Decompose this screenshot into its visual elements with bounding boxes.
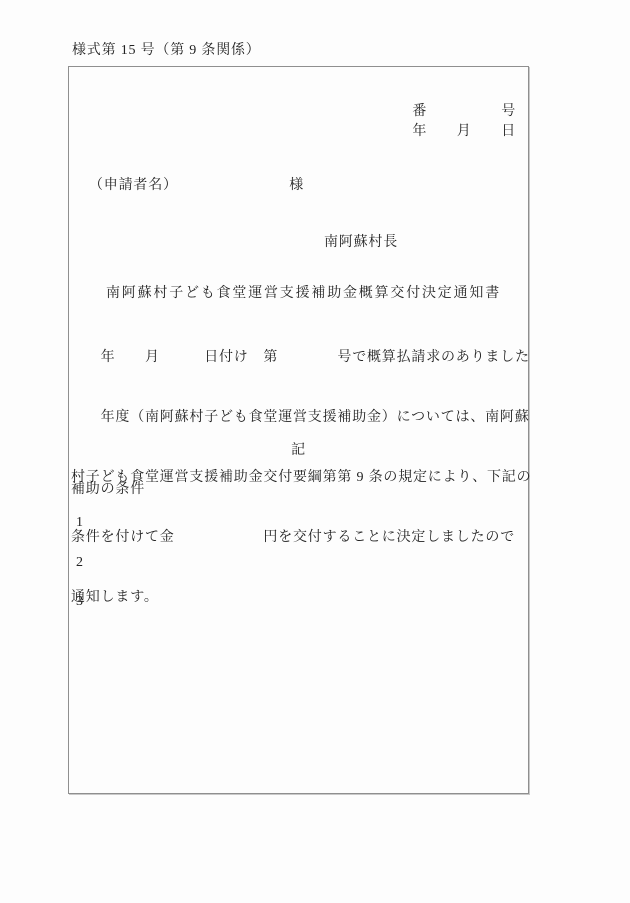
document-page: 様式第 15 号（第 9 条関係） 番 号 年 月 日 （申請者名） 様 南阿蘇… [0,0,630,903]
body-line-1: 年 月 日付け 第 号で概算払請求のありました [71,348,526,368]
document-number-line: 番 号 [412,105,516,119]
document-date-line: 年 月 日 [412,125,516,139]
ki-center-label: 記 [69,444,528,458]
document-title: 南阿蘇村子ども食堂運営支援補助金概算交付決定通知書 [106,287,501,301]
body-paragraph: 年 月 日付け 第 号で概算払請求のありました 年度（南阿蘇村子ども食堂運営支援… [71,308,526,648]
condition-item-2: 2 [76,556,84,570]
document-border-box: 番 号 年 月 日 （申請者名） 様 南阿蘇村長 南阿蘇村子ども食堂運営支援補助… [68,66,529,794]
body-line-4: 条件を付けて金 円を交付することに決定しましたので [71,528,526,548]
body-line-5: 通知します。 [71,588,526,608]
form-number-label: 様式第 15 号（第 9 条関係） [72,44,261,58]
condition-item-1: 1 [76,516,84,530]
addressee-line: （申請者名） 様 [89,179,304,193]
condition-item-3: 3 [76,595,84,609]
conditions-heading: 補助の条件 [71,483,145,497]
sender-name: 南阿蘇村長 [324,236,398,250]
body-line-2: 年度（南阿蘇村子ども食堂運営支援補助金）については、南阿蘇 [71,408,526,428]
